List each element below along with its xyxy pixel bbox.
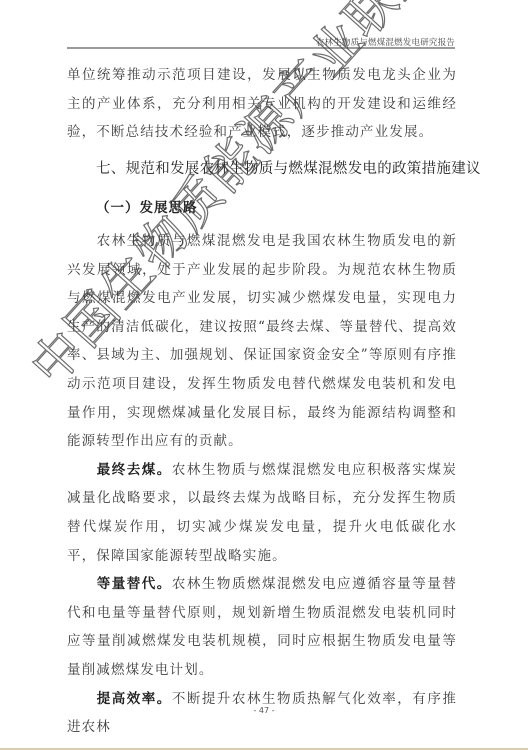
page-number: - 47 -	[0, 706, 528, 715]
paragraph-lead: 等量替代。	[97, 576, 172, 592]
paragraph-text: 单位统筹推动示范项目建设，发展以生物质发电龙头企业为主的产业体系，充分利用相关专…	[67, 61, 457, 147]
document-page: 农林生物质与燃煤混燃发电研究报告 单位统筹推动示范项目建设，发展以生物质发电龙头…	[0, 0, 528, 748]
paragraph-equal-replacement: 等量替代。农林生物质燃煤混燃发电应遵循容量等量替代和电量等量替代原则，规划新增生…	[67, 570, 457, 684]
section-title: 七、规范和发展农林生物质与燃煤混燃发电的政策措施建议	[96, 157, 481, 178]
paragraph-lead: 最终去煤。	[97, 462, 172, 478]
body-paragraphs: 农林生物质与燃煤混燃发电是我国农林生物质发电的新兴发展领域，处于产业发展的起步阶…	[67, 227, 457, 742]
paragraph-development-idea: 农林生物质与燃煤混燃发电是我国农林生物质发电的新兴发展领域，处于产业发展的起步阶…	[67, 227, 457, 456]
paragraph-lead: 提高效率。	[97, 691, 172, 707]
subsection-title: （一）发展思路	[96, 196, 198, 216]
paragraph-final-coal-removal: 最终去煤。农林生物质与燃煤混燃发电应积极落实煤炭减量化战略要求，以最终去煤为战略…	[67, 456, 457, 570]
intro-paragraph: 单位统筹推动示范项目建设，发展以生物质发电龙头企业为主的产业体系，充分利用相关专…	[67, 61, 457, 147]
header-divider	[67, 47, 455, 49]
